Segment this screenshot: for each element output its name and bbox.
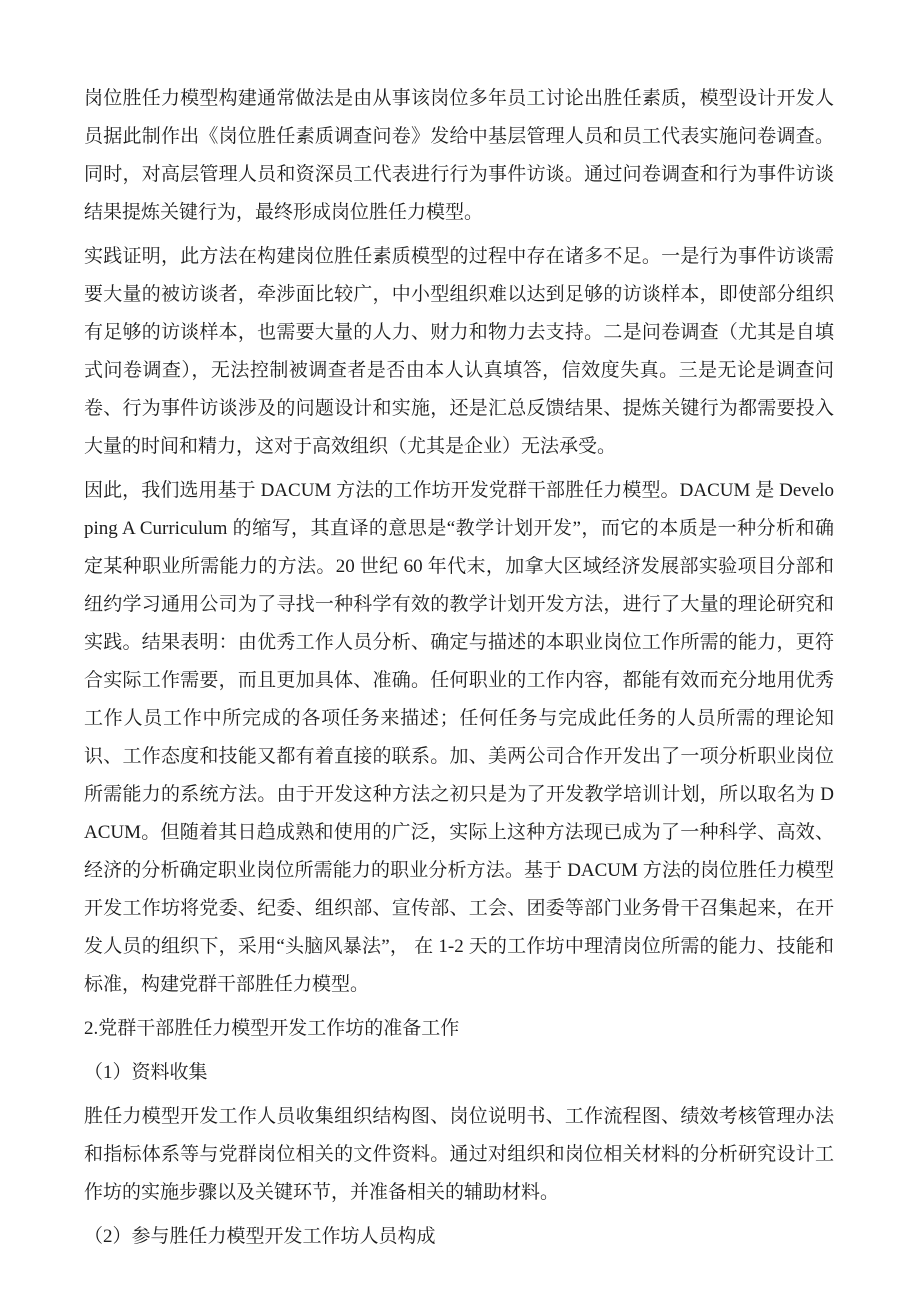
paragraph-competency-model-method: 岗位胜任力模型构建通常做法是由从事该岗位多年员工讨论出胜任素质，模型设计开发人员… [84, 80, 834, 232]
paragraph-dacum-introduction: 因此，我们选用基于 DACUM 方法的工作坊开发党群干部胜任力模型。DACUM … [84, 472, 834, 1004]
paragraph-data-collection-detail: 胜任力模型开发工作人员收集组织结构图、岗位说明书、工作流程图、绩效考核管理办法和… [84, 1098, 834, 1212]
paragraph-method-shortcomings: 实践证明，此方法在构建岗位胜任素质模型的过程中存在诸多不足。一是行为事件访谈需要… [84, 238, 834, 466]
heading-section-2-preparation: 2.党群干部胜任力模型开发工作坊的准备工作 [84, 1010, 834, 1048]
heading-subsection-1-data-collection: （1）资料收集 [84, 1054, 834, 1092]
document-page: 岗位胜任力模型构建通常做法是由从事该岗位多年员工讨论出胜任素质，模型设计开发人员… [0, 0, 920, 1302]
heading-subsection-2-participants: （2）参与胜任力模型开发工作坊人员构成 [84, 1218, 834, 1256]
